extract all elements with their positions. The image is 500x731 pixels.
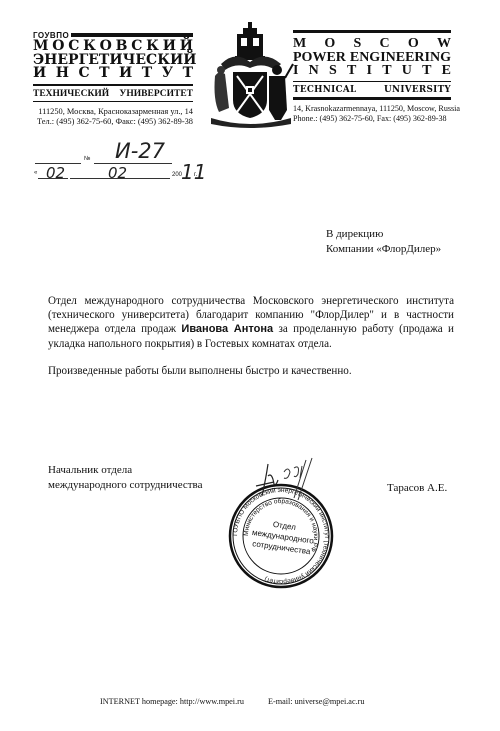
number-value: И-27 — [115, 139, 165, 163]
subtitle-word: TECHNICAL — [293, 85, 356, 95]
org-contacts: 111250, Москва, Красноказарменная ул., 1… — [33, 107, 193, 127]
addressee-line-2: Компании «ФлорДилер» — [326, 242, 441, 257]
org-name-en-line-3: INSTITUTE — [293, 64, 451, 78]
addressee: В дирекцию Компании «ФлорДилер» — [326, 227, 441, 257]
divider — [293, 97, 451, 100]
letterhead-glyph: С — [78, 67, 89, 81]
org-address-en: 14, Krasnokazarmennaya, 111250, Moscow, … — [293, 104, 451, 114]
signatory-title-line: Начальник отдела — [48, 463, 202, 478]
coat-of-arms-icon — [205, 20, 295, 130]
subtitle-word: ТЕХНИЧЕСКИЙ — [33, 89, 109, 99]
letterhead-glyph: T — [382, 64, 391, 78]
letterhead-glyph: U — [402, 64, 412, 78]
handwritten-signature — [254, 456, 334, 502]
addressee-line-1: В дирекцию — [326, 227, 441, 242]
signatory-title: Начальник отдела международного сотрудни… — [48, 463, 202, 493]
homepage-label: INTERNET homepage: — [100, 697, 178, 706]
letterhead-glyph: Т — [183, 67, 193, 81]
subtitle-word: УНИВЕРСИТЕТ — [119, 89, 193, 99]
employee-name: Иванова Антона — [181, 323, 273, 335]
letterhead-right: MOSCOW POWERENGINEERING INSTITUTE TECHNI… — [293, 30, 451, 124]
letterhead-glyph: Т — [142, 67, 152, 81]
divider — [293, 30, 451, 33]
org-name-line-3: ИНСТИТУТ — [33, 67, 193, 81]
org-address: 111250, Москва, Красноказарменная ул., 1… — [33, 107, 193, 117]
letterhead-glyph: Н — [56, 67, 69, 81]
org-phone-en: Phone.: (495) 362-75-60, Fax: (495) 362-… — [293, 114, 451, 124]
letterhead-glyph: Е — [88, 54, 99, 68]
letterhead-glyph: O — [408, 37, 419, 51]
divider — [33, 84, 193, 86]
letterhead-glyph: W — [437, 37, 451, 51]
body-paragraph-2: Произведенные работы были выполнены быст… — [48, 364, 454, 378]
letterhead-glyph: T — [422, 64, 431, 78]
org-phone: Тел.: (495) 362-75-60, Факс: (495) 362-8… — [33, 117, 193, 127]
email-label: E-mail: — [268, 697, 293, 706]
letterhead-glyph: N — [309, 64, 319, 78]
letterhead-glyph: I — [293, 64, 298, 78]
letterhead-glyph: POWER — [293, 51, 346, 65]
letterhead-glyph: I — [367, 64, 372, 78]
year-end: г. — [194, 172, 197, 178]
divider — [33, 101, 193, 103]
signatory-name: Тарасов А.Е. — [387, 482, 447, 494]
letterhead-glyph: И — [119, 67, 132, 81]
letterhead-glyph: O — [324, 37, 335, 51]
letterhead-glyph: C — [380, 37, 390, 51]
subtitle-word: UNIVERSITY — [384, 85, 451, 95]
org-subtitle: ТЕХНИЧЕСКИЙ УНИВЕРСИТЕТ — [33, 89, 193, 99]
org-subtitle-en: TECHNICAL UNIVERSITY — [293, 85, 451, 95]
email-link[interactable]: universe@mpei.ac.ru — [295, 697, 365, 706]
stamp-center-line: Отдел — [272, 520, 296, 532]
letterhead-glyph: T — [347, 64, 356, 78]
letterhead-glyph: У — [162, 67, 173, 81]
letterhead-glyph: M — [293, 37, 306, 51]
letterhead-glyph: Р — [68, 54, 79, 68]
org-contacts-en: 14, Krasnokazarmennaya, 111250, Moscow, … — [293, 104, 451, 124]
letterhead-glyph: S — [354, 37, 362, 51]
divider — [71, 33, 193, 37]
letterhead-glyph: S — [329, 64, 337, 78]
footer-contacts: INTERNET homepage: http://www.mpei.ru E-… — [100, 697, 364, 706]
date-month: 02 — [108, 164, 127, 182]
letterhead-glyph: Т — [99, 67, 109, 81]
letterhead-glyph: ENGINEERING — [350, 51, 451, 65]
org-name-en-line-2: POWERENGINEERING — [293, 51, 451, 65]
number-label: № — [84, 156, 90, 162]
field-line — [94, 163, 172, 164]
signatory-title-line: международного сотрудничества — [48, 478, 202, 493]
homepage-link[interactable]: http://www.mpei.ru — [180, 697, 244, 706]
date-day: 02 — [46, 164, 65, 182]
divider — [293, 81, 451, 83]
quote-mark: « — [34, 170, 37, 176]
body-paragraph-1: Отдел международного сотрудничества Моск… — [48, 294, 454, 351]
letterhead-glyph: E — [442, 64, 451, 78]
letterhead-glyph: И — [33, 67, 46, 81]
letter-body: Отдел международного сотрудничества Моск… — [48, 294, 454, 378]
letterhead-left: ГОУВПО МОСКОВСКИЙ ЭНЕРГЕТИЧЕСКИЙ ИНСТИТУ… — [33, 30, 193, 127]
org-name-en-line-1: MOSCOW — [293, 37, 451, 51]
